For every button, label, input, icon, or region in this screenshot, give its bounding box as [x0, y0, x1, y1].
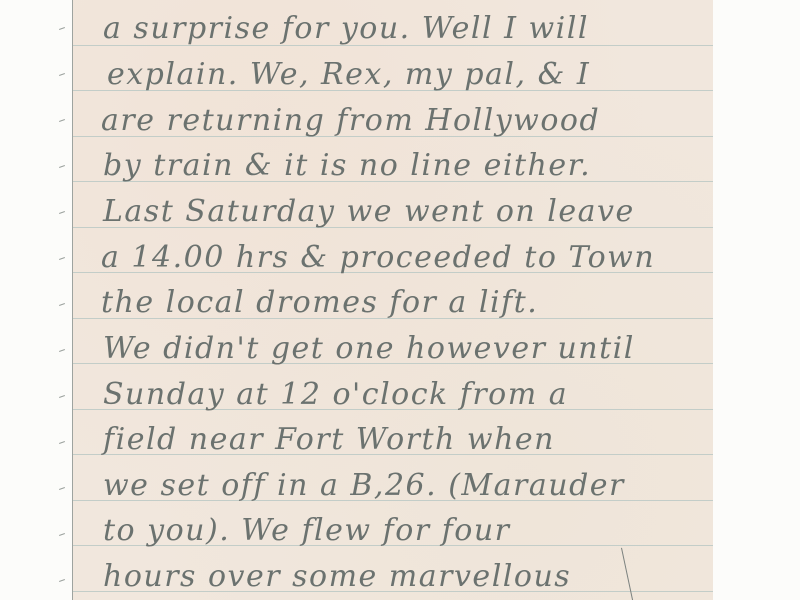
- handwritten-line-13: hours over some marvellous: [73, 554, 713, 600]
- handwritten-line-6: a 14.00 hrs & proceeded to Town: [73, 235, 713, 281]
- handwritten-line-9: Sunday at 12 o'clock from a: [73, 372, 713, 418]
- handwritten-line-8: We didn't get one however until: [73, 326, 713, 372]
- handwritten-line-10: field near Fort Worth when: [73, 417, 713, 463]
- scanned-letter: a surprise for you. Well I will explain.…: [0, 0, 800, 600]
- handwritten-line-3: are returning from Hollywood: [73, 98, 713, 144]
- binding-edge-marks: [55, 0, 69, 600]
- handwritten-line-4: by train & it is no line either.: [73, 143, 713, 189]
- handwritten-line-2: explain. We, Rex, my pal, & I: [73, 52, 713, 98]
- handwritten-line-5: Last Saturday we went on leave: [73, 189, 713, 235]
- letter-page: a surprise for you. Well I will explain.…: [72, 0, 713, 600]
- handwritten-line-1: a surprise for you. Well I will: [73, 6, 713, 52]
- handwritten-line-7: the local dromes for a lift.: [73, 280, 713, 326]
- handwritten-line-11: we set off in a B,26. (Marauder: [73, 463, 713, 509]
- handwritten-line-12: to you). We flew for four: [73, 508, 713, 554]
